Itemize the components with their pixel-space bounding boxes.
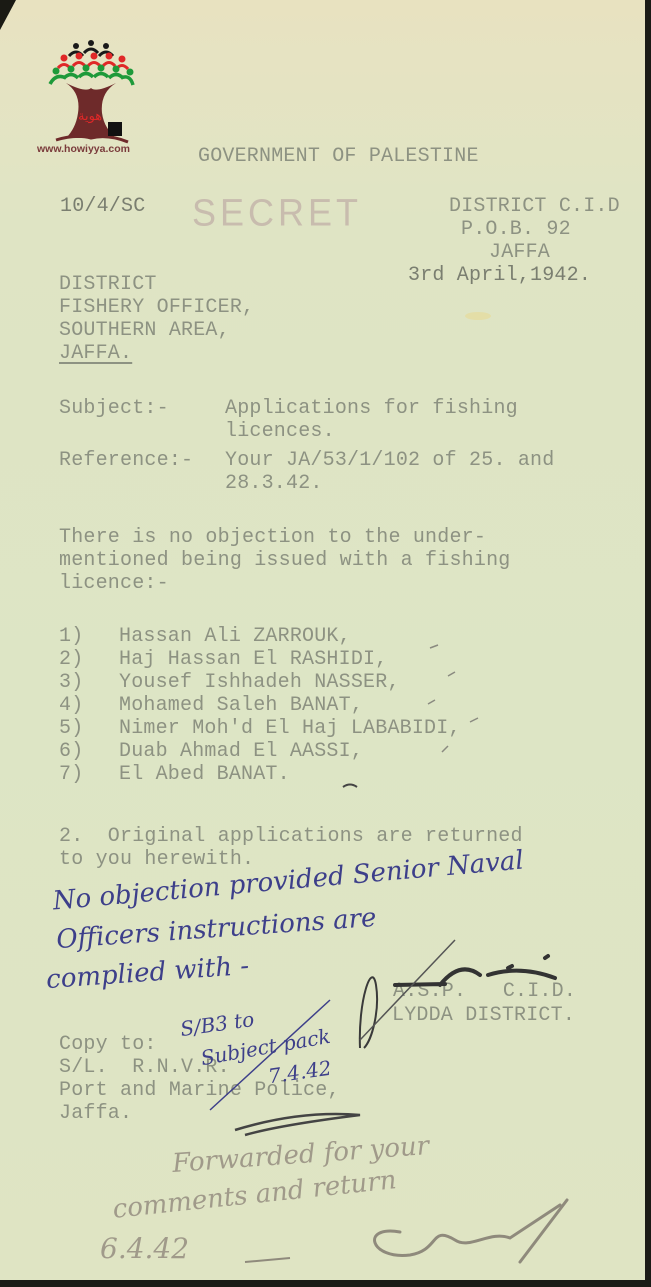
licensee-row: 6)Duab Ahmad El AASSI, bbox=[59, 741, 363, 763]
licensee-name: El Abed BANAT. bbox=[119, 763, 290, 786]
recipient-line-2: FISHERY OFFICER, bbox=[59, 297, 254, 319]
sender-line-2: P.O.B. 92 bbox=[461, 219, 571, 241]
letter-date: 3rd April,1942. bbox=[408, 265, 591, 287]
licensee-name: Yousef Ishhadeh NASSER, bbox=[119, 671, 400, 694]
licensee-number: 2) bbox=[59, 649, 119, 671]
licensee-name: Haj Hassan El RASHIDI, bbox=[119, 648, 387, 671]
copy-to-label: Copy to: bbox=[59, 1034, 157, 1056]
handwritten-note-line-3: complied with - bbox=[45, 951, 250, 995]
reference-label: Reference:- bbox=[59, 450, 193, 472]
licensee-row: 3)Yousef Ishhadeh NASSER, bbox=[59, 672, 400, 694]
licensee-name: Mohamed Saleh BANAT, bbox=[119, 694, 363, 717]
signature-title-2: LYDDA DISTRICT. bbox=[392, 1005, 575, 1027]
body-line-3: licence:- bbox=[59, 573, 169, 595]
document-page: هوية www.howiyya.com GOVERNMENT OF PALES… bbox=[0, 0, 645, 1280]
licensee-row: 2)Haj Hassan El RASHIDI, bbox=[59, 649, 387, 671]
body-line-1: There is no objection to the under- bbox=[59, 527, 486, 549]
reference-line-1: Your JA/53/1/102 of 25. and bbox=[225, 450, 554, 472]
licensee-row: 7)El Abed BANAT. bbox=[59, 764, 290, 786]
file-reference: 10/4/SC bbox=[60, 196, 145, 218]
subject-line-1: Applications for fishing bbox=[225, 398, 518, 420]
licensee-number: 5) bbox=[59, 718, 119, 740]
licensee-number: 6) bbox=[59, 741, 119, 763]
subject-label: Subject:- bbox=[59, 398, 169, 420]
reference-line-2: 28.3.42. bbox=[225, 473, 323, 495]
page-right-edge bbox=[645, 0, 651, 1287]
svg-text:هوية: هوية bbox=[78, 109, 102, 124]
watermark-url: www.howiyya.com bbox=[37, 143, 130, 155]
pencil-note-line-2: comments and return bbox=[111, 1165, 398, 1225]
copy-to-line-3: Jaffa. bbox=[59, 1103, 132, 1125]
licensee-name: Nimer Moh'd El Haj LABABIDI, bbox=[119, 717, 461, 740]
signature-title-1: A.S.P. C.I.D. bbox=[393, 981, 576, 1003]
page-corner-shadow bbox=[0, 0, 16, 30]
paragraph2-line-1: 2. Original applications are returned bbox=[59, 826, 523, 848]
recipient-line-4: JAFFA. bbox=[59, 343, 132, 365]
licensee-row: 5)Nimer Moh'd El Haj LABABIDI, bbox=[59, 718, 461, 740]
secret-stamp: SECRET bbox=[192, 191, 362, 235]
licensee-number: 3) bbox=[59, 672, 119, 694]
licensee-number: 1) bbox=[59, 626, 119, 648]
subject-line-2: licences. bbox=[225, 421, 335, 443]
handwritten-ref: S/B3 to bbox=[179, 1007, 256, 1041]
sender-line-3: JAFFA bbox=[489, 242, 550, 264]
paragraph2-line-2: to you herewith. bbox=[59, 849, 254, 871]
licensee-row: 4)Mohamed Saleh BANAT, bbox=[59, 695, 363, 717]
pencil-date: 6.4.42 bbox=[100, 1232, 189, 1265]
body-line-2: mentioned being issued with a fishing bbox=[59, 550, 510, 572]
government-header: GOVERNMENT OF PALESTINE bbox=[198, 146, 479, 168]
licensee-name: Duab Ahmad El AASSI, bbox=[119, 740, 363, 763]
sender-line-1: DISTRICT C.I.D bbox=[449, 196, 620, 218]
licensee-number: 4) bbox=[59, 695, 119, 717]
licensee-name: Hassan Ali ZARROUK, bbox=[119, 625, 351, 648]
licensee-number: 7) bbox=[59, 764, 119, 786]
licensee-row: 1)Hassan Ali ZARROUK, bbox=[59, 626, 351, 648]
recipient-line-3: SOUTHERN AREA, bbox=[59, 320, 230, 342]
page-bottom-edge bbox=[0, 1280, 651, 1287]
howiyya-logo-icon: هوية bbox=[36, 38, 146, 158]
recipient-line-1: DISTRICT bbox=[59, 274, 157, 296]
